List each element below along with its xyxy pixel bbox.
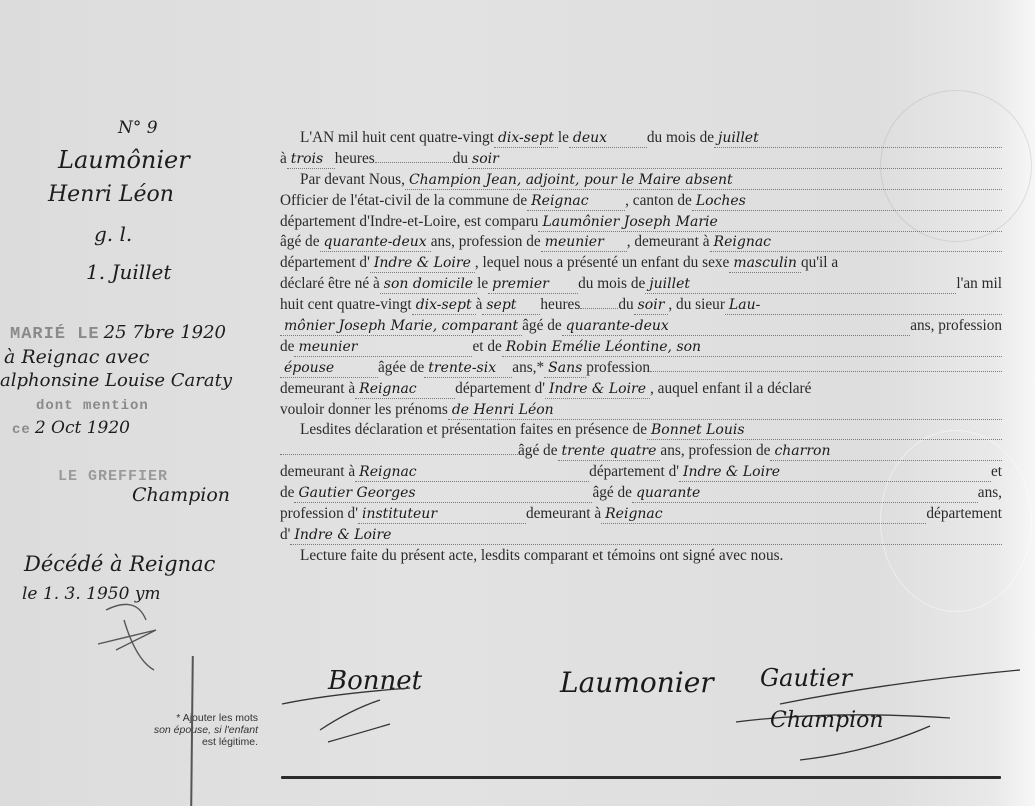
month-field: juillet bbox=[714, 129, 1002, 148]
officer-field: Champion Jean, adjoint, pour le Maire ab… bbox=[405, 171, 1002, 190]
act-line: épouse âgée de trente-six ans,* Sans pro… bbox=[280, 358, 1002, 379]
witness-2-field: Gautier Georges bbox=[294, 484, 592, 503]
act-line: âgé de trente quatre ans, profession de … bbox=[280, 441, 1002, 462]
witness-1-field: Bonnet Louis bbox=[647, 421, 1002, 440]
time-of-day-field: soir bbox=[468, 150, 1002, 169]
hour-field: trois bbox=[287, 150, 335, 169]
act-line: vouloir donner les prénoms de Henri Léon bbox=[280, 400, 1002, 421]
death-note-line-1: Décédé à Reignac bbox=[24, 552, 215, 576]
greffier-signature: Champion bbox=[132, 484, 230, 506]
signatures: Bonnet Laumonier Gautier Champion bbox=[280, 640, 1035, 760]
act-end-rule bbox=[281, 776, 1001, 779]
footnote-line-3: est légitime. bbox=[110, 736, 258, 748]
marriage-place: à Reignac avec bbox=[4, 346, 149, 368]
signature-flourish bbox=[280, 680, 420, 750]
birth-act-text: L'AN mil huit cent quatre-vingt dix-sept… bbox=[280, 128, 1002, 567]
signature-officer: Champion bbox=[770, 708, 884, 733]
act-number: N° 9 bbox=[118, 118, 158, 138]
act-line: huit cent quatre-vingt dix-sept à sept h… bbox=[280, 295, 1002, 316]
act-line: d' Indre & Loire bbox=[280, 525, 1002, 546]
margin-type: g. l. bbox=[94, 222, 132, 246]
act-line: département d' Indre & Loire , lequel no… bbox=[280, 253, 1002, 274]
marriage-mention: MARIÉ LE 25 7bre 1920 bbox=[10, 322, 226, 344]
footnote-line-2: son épouse, si l'enfant bbox=[110, 724, 258, 736]
mention-prefix: ce bbox=[12, 422, 31, 438]
act-line: département d'Indre-et-Loire, est compar… bbox=[280, 212, 1002, 233]
act-line: âgé de quarante-deux ans, profession de … bbox=[280, 232, 1002, 253]
year-field: dix-sept bbox=[494, 129, 558, 148]
act-line: déclaré être né à son domicile le premie… bbox=[280, 274, 1002, 295]
signature-declarant: Laumonier bbox=[560, 666, 714, 699]
act-line: Par devant Nous, Champion Jean, adjoint,… bbox=[280, 170, 1002, 191]
act-line: L'AN mil huit cent quatre-vingt dix-sept… bbox=[280, 128, 1002, 149]
footnote-line-1: * Ajouter les mots bbox=[110, 712, 258, 724]
mention-date: 2 Oct 1920 bbox=[35, 418, 130, 438]
margin-given-names: Henri Léon bbox=[48, 182, 174, 207]
margin-date: 1. Juillet bbox=[86, 260, 171, 284]
canton-field: Loches bbox=[692, 192, 1002, 211]
mention-date-line: ce 2 Oct 1920 bbox=[12, 418, 130, 438]
paraph-mark bbox=[96, 600, 176, 680]
footnote: * Ajouter les mots son épouse, si l'enfa… bbox=[110, 712, 258, 748]
greffier-stamp: LE GREFFIER bbox=[58, 468, 168, 485]
margin-surname: Laumônier bbox=[58, 146, 190, 174]
act-line: profession d' instituteur demeurant à Re… bbox=[280, 504, 1002, 525]
mother-field: Robin Emélie Léontine, son bbox=[502, 338, 1002, 357]
act-line: Lesdites déclaration et présentation fai… bbox=[280, 420, 1002, 441]
commune-field: Reignac bbox=[527, 192, 625, 211]
spouse-name: alphonsine Louise Caraty bbox=[0, 370, 232, 391]
sex-field: masculin bbox=[729, 254, 801, 273]
act-line: demeurant à Reignac département d' Indre… bbox=[280, 462, 1002, 483]
act-line: de Gautier Georges âgé de quarante ans, bbox=[280, 483, 1002, 504]
margin-annotations: N° 9 Laumônier Henri Léon g. l. 1. Juill… bbox=[0, 0, 275, 806]
child-names-field: de Henri Léon bbox=[448, 401, 1002, 420]
act-line: demeurant à Reignac département d' Indre… bbox=[280, 379, 1002, 400]
act-closing-line: Lecture faite du présent acte, lesdits c… bbox=[280, 546, 1002, 567]
mention-stamp: dont mention bbox=[36, 398, 149, 414]
marriage-date: 25 7bre 1920 bbox=[104, 322, 226, 343]
marriage-stamp: MARIÉ LE bbox=[10, 325, 100, 344]
act-line: Officier de l'état-civil de la commune d… bbox=[280, 191, 1002, 212]
act-line: mônier Joseph Marie, comparant âgé de qu… bbox=[280, 316, 1002, 337]
day-field: deux bbox=[569, 129, 647, 148]
act-line: de meunier et de Robin Emélie Léontine, … bbox=[280, 337, 1002, 358]
act-line: à trois heures du soir bbox=[280, 149, 1002, 170]
declarant-field: Laumônier Joseph Marie bbox=[538, 213, 1002, 232]
